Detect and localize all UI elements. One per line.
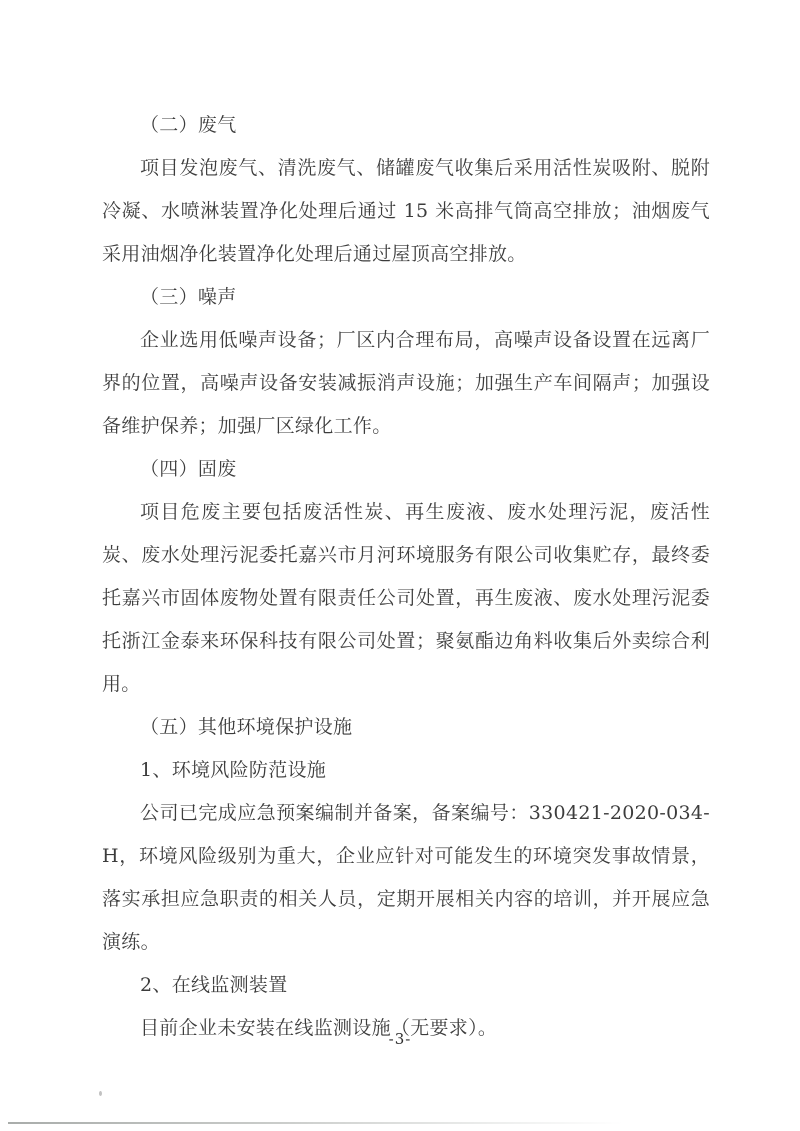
section-heading-solid-waste: （四）固废 xyxy=(102,448,710,491)
page-number: -3- xyxy=(0,1030,800,1048)
paragraph-solid-waste: 项目危废主要包括废活性炭、再生废液、废水处理污泥，废活性炭、废水处理污泥委托嘉兴… xyxy=(102,491,710,706)
paragraph-noise: 企业选用低噪声设备；厂区内合理布局，高噪声设备设置在远离厂界的位置，高噪声设备安… xyxy=(102,319,710,448)
subheading-online-monitoring: 2、在线监测装置 xyxy=(102,964,710,1007)
paragraph-waste-gas: 项目发泡废气、清洗废气、储罐废气收集后采用活性炭吸附、脱附冷凝、水喷淋装置净化处… xyxy=(102,147,710,276)
document-body: （二）废气 项目发泡废气、清洗废气、储罐废气收集后采用活性炭吸附、脱附冷凝、水喷… xyxy=(102,104,710,1050)
paragraph-risk-prevention: 公司已完成应急预案编制并备案，备案编号：330421-2020-034-H，环境… xyxy=(102,792,710,964)
subheading-risk-prevention: 1、环境风险防范设施 xyxy=(102,749,710,792)
section-heading-waste-gas: （二）废气 xyxy=(102,104,710,147)
document-page: （二）废气 项目发泡废气、清洗废气、储罐废气收集后采用活性炭吸附、脱附冷凝、水喷… xyxy=(0,0,800,1131)
scan-artifact-speck xyxy=(99,1091,102,1096)
section-heading-other-facilities: （五）其他环境保护设施 xyxy=(102,706,710,749)
scan-artifact-line xyxy=(8,1122,623,1124)
section-heading-noise: （三）噪声 xyxy=(102,276,710,319)
